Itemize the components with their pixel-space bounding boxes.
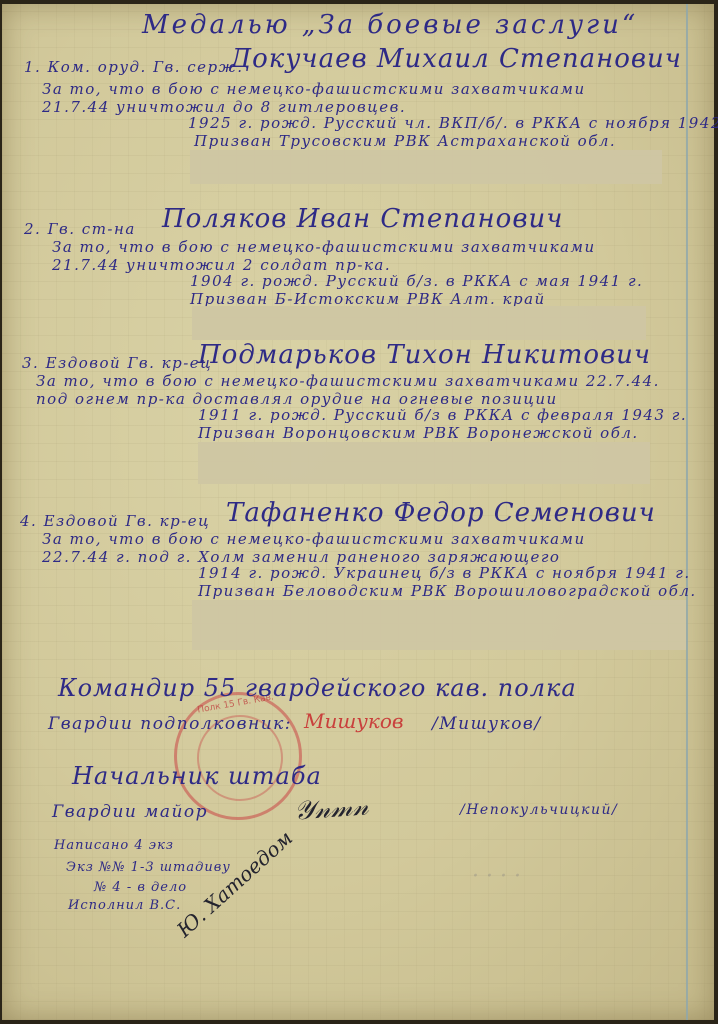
- entry-rank: Гв. ст-на: [48, 220, 136, 238]
- redacted-block: [198, 442, 650, 484]
- chief-of-staff-rank: Гвардии майор: [52, 802, 208, 822]
- document-sheet: · · · · Медалью „За боевые заслуги“ 1. К…: [2, 4, 714, 1020]
- entry-number: 1.: [24, 58, 41, 76]
- entry-name: Подмарьков Тихон Никитович: [198, 340, 651, 370]
- margin-signature: Ю. Хатоедом: [172, 826, 297, 942]
- entry-name: Докучаев Михаил Степанович: [230, 44, 682, 74]
- commander-name: /Мишуков/: [432, 714, 542, 734]
- document-title: Медалью „За боевые заслуги“: [142, 10, 638, 40]
- commander-rank: Гвардии подполковник:: [48, 714, 292, 734]
- redacted-block: [192, 306, 646, 340]
- entry-bio-line2: Призван Воронцовским РВК Воронежской обл…: [198, 424, 639, 442]
- official-stamp: Полк 15 Гв. Кав.: [174, 692, 302, 820]
- entry-deed-line1: За то, что в бою с немецко-фашистскими з…: [42, 530, 586, 548]
- entry-number: 4.: [20, 512, 37, 530]
- footer-note-line3: № 4 - в дело: [94, 880, 187, 895]
- entry-name: Тафаненко Федор Семенович: [226, 498, 656, 528]
- chief-of-staff-name: /Непокульчицкий/: [460, 802, 618, 818]
- entry-deed-line1: За то, что в бою с немецко-фашистскими з…: [42, 80, 586, 98]
- entry-bio-line2: Призван Беловодским РВК Ворошиловоградск…: [198, 582, 697, 600]
- commander-signature: Мишуков: [304, 709, 404, 733]
- commander-title: Командир 55 гвардейского кав. полка: [58, 674, 577, 702]
- entry-bio-line2: Призван Трусовским РВК Астраханской обл.: [194, 132, 616, 150]
- entry-bio-line1: 1904 г. рожд. Русский б/з. в РККА с мая …: [190, 272, 643, 290]
- chief-of-staff-title: Начальник штаба: [72, 762, 322, 790]
- entry-bio-line1: 1911 г. рожд. Русский б/з в РККА с февра…: [198, 406, 687, 424]
- entry-deed-line1: За то, что в бою с немецко-фашистскими з…: [52, 238, 596, 256]
- redacted-block: [192, 600, 686, 650]
- entry-bio-line1: 1925 г. рожд. Русский чл. ВКП/б/. в РККА…: [188, 114, 718, 132]
- entry-rank: Ком. оруд. Гв. серж.: [48, 58, 244, 76]
- entry-deed-line1: За то, что в бою с немецко-фашистскими з…: [36, 372, 660, 390]
- entry-bio-line1: 1914 г. рожд. Украинец б/з в РККА с нояб…: [198, 564, 691, 582]
- chief-of-staff-signature: 𝒴𝓃𝓂𝓃: [293, 791, 369, 827]
- entry-number: 2.: [24, 220, 41, 238]
- redacted-block: [190, 150, 662, 184]
- margin-line: [686, 4, 688, 1020]
- entry-number: 3.: [22, 354, 39, 372]
- bleed-through-text: · · · ·: [472, 864, 521, 889]
- entry-name: Поляков Иван Степанович: [162, 204, 563, 234]
- entry-rank: Ездовой Гв. кр-ец: [46, 354, 213, 372]
- footer-note-line4: Исполнил В.С.: [68, 898, 181, 913]
- footer-note-line1: Написано 4 экз: [54, 838, 174, 853]
- entry-rank: Ездовой Гв. кр-ец: [44, 512, 211, 530]
- footer-note-line2: Экз №№ 1-3 штадиву: [66, 860, 231, 875]
